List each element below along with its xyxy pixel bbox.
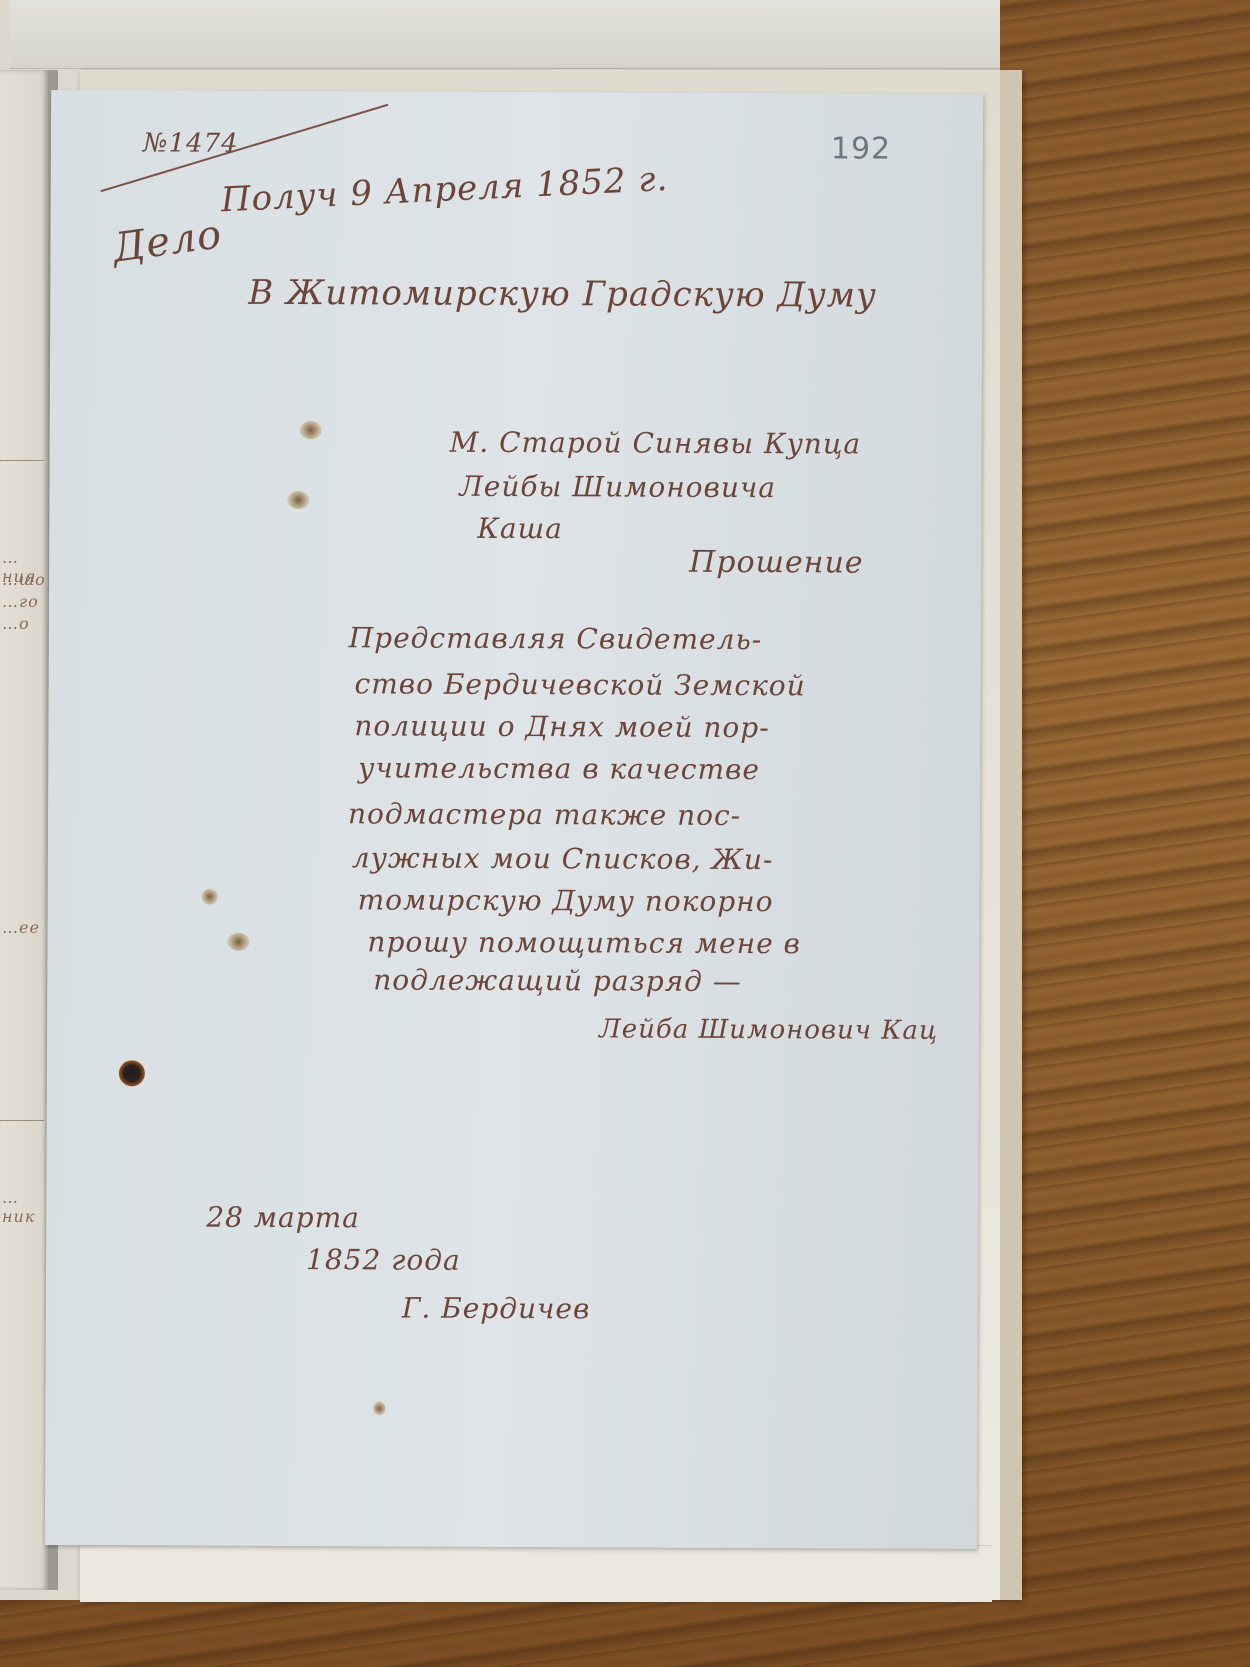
paper-hole (227, 933, 249, 951)
signature: Лейба Шимонович Кац (599, 1014, 938, 1045)
body-line: томирскую Думу покорно (358, 883, 774, 918)
left-page-fragment: …ее (2, 918, 40, 937)
folio-number: 192 (831, 131, 891, 166)
body-line: Представляя Свидетель- (349, 621, 763, 656)
left-page-fragment: …го (2, 592, 39, 611)
left-page-fragment: …о (2, 614, 30, 633)
body-line: подмастера также пос- (348, 797, 741, 832)
margin-note: Дело (110, 211, 225, 271)
body-line: лужных мои Списков, Жи- (352, 841, 774, 876)
footer-place: Г. Бердичев (402, 1292, 591, 1326)
footer-date-day: 28 марта (206, 1201, 360, 1235)
body-line: полиции о Днях моей пор- (354, 709, 769, 744)
left-page-fragment: …шо (2, 570, 46, 589)
folder-top-edge (10, 0, 1000, 69)
petitioner-line-3: Каша (477, 512, 563, 545)
body-line: подлежащий разряд — (373, 963, 742, 998)
left-page-fragment: …ник (2, 1188, 48, 1226)
ink-stain (373, 1401, 385, 1415)
burn-hole (119, 1060, 145, 1086)
body-line: прошу помощиться мене в (367, 925, 801, 960)
left-page-rule (0, 460, 44, 461)
petitioner-line-1: М. Старой Синявы Купца (450, 426, 862, 461)
body-line: ство Бердичевской Земской (355, 667, 806, 702)
petitioner-line-2: Лейбы Шимоновича (459, 470, 776, 504)
petition-heading: Прошение (689, 545, 864, 581)
addressee-line: В Житомирскую Градскую Думу (248, 273, 877, 316)
received-date-line: Получ 9 Апреля 1852 г. (220, 159, 669, 220)
petition-sheet: №1474 Получ 9 Апреля 1852 г. 192 Дело В … (45, 90, 983, 1549)
backing-sheet-bottom (80, 1545, 992, 1602)
paper-hole (300, 421, 322, 439)
body-line: учительства в качестве (358, 751, 760, 786)
paper-hole (202, 889, 218, 905)
left-page-rule (0, 1120, 44, 1121)
paper-hole (287, 491, 309, 509)
footer-date-year: 1852 года (306, 1243, 461, 1277)
